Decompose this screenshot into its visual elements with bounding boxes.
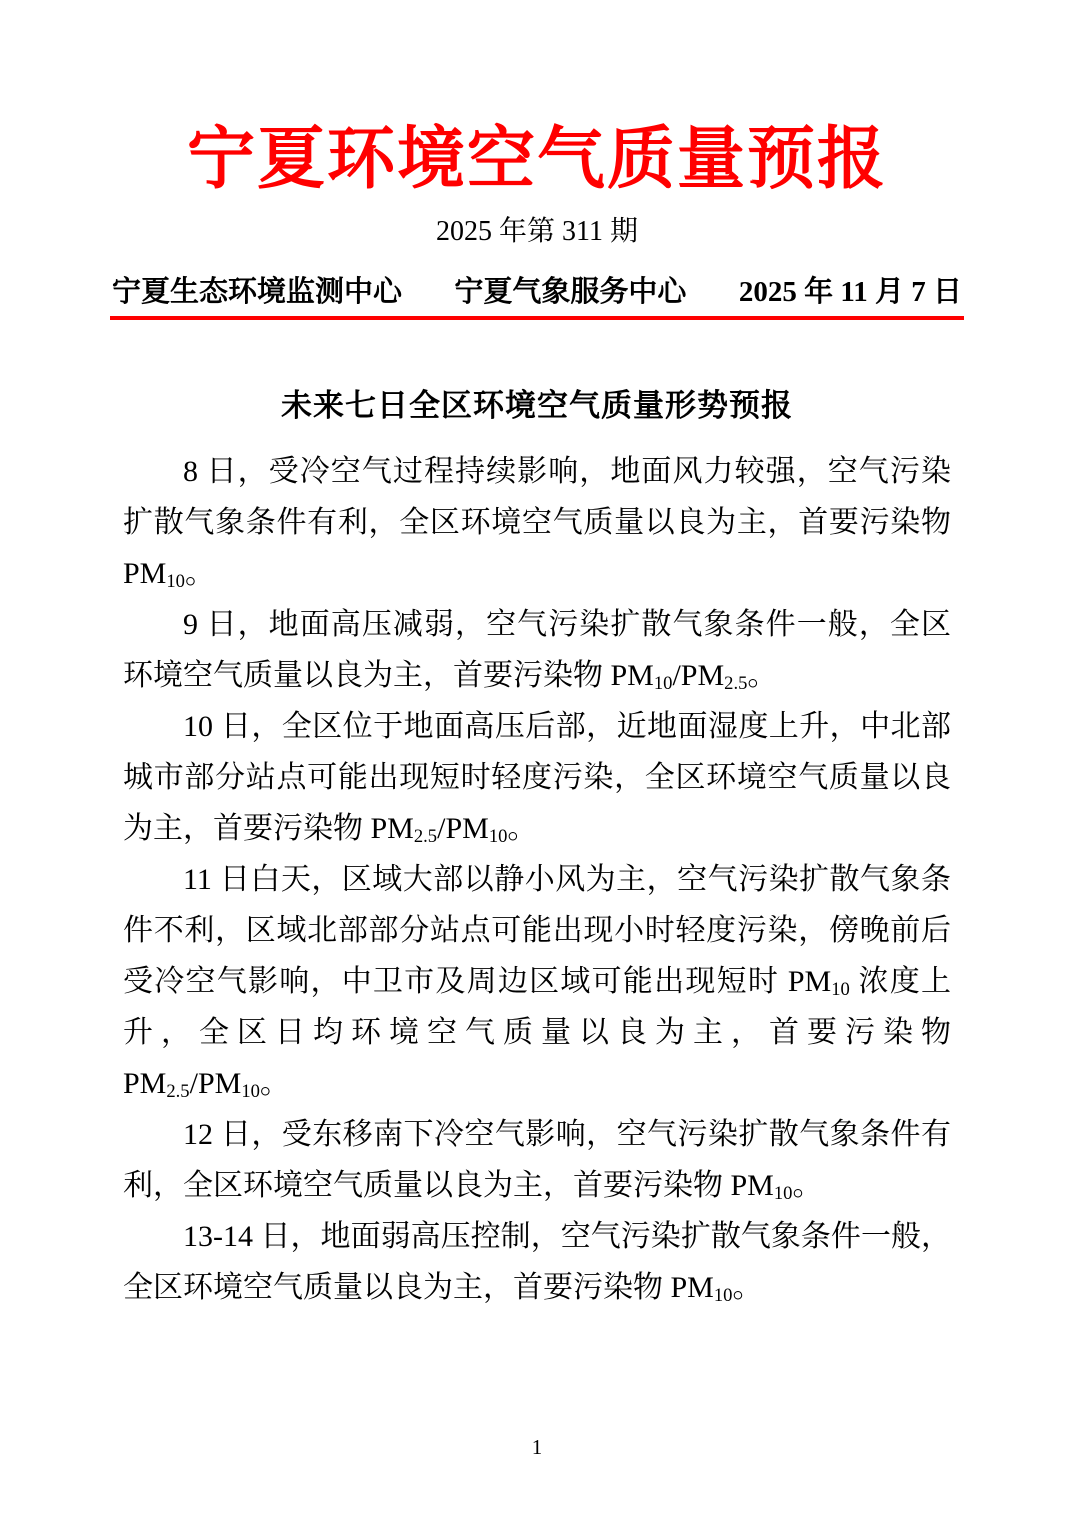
paragraph-text: 11 日白天，区域大部以静小风为主，空气污染扩散气象条件不利，区域北部部分站点可… xyxy=(123,863,951,998)
document-page: 宁夏环境空气质量预报 2025 年第 311 期 宁夏生态环境监测中心 宁夏气象… xyxy=(0,0,1074,1520)
forecast-paragraph: 12 日，受东移南下冷空气影响，空气污染扩散气象条件有利，全区环境空气质量以良为… xyxy=(123,1109,951,1211)
publication-date: 2025 年 11 月 7 日 xyxy=(739,272,962,312)
pollutant-subscript: 10 xyxy=(714,1285,733,1306)
paragraph-text: 8 日，受冷空气过程持续影响，地面风力较强，空气污染扩散气象条件有利，全区环境空… xyxy=(123,455,951,590)
paragraph-text: 。 xyxy=(507,812,537,845)
paragraph-text: 。 xyxy=(792,1169,822,1202)
paragraph-text: 。 xyxy=(185,557,215,590)
document-title: 宁夏环境空气质量预报 xyxy=(0,0,1074,200)
pollutant-subscript: 2.5 xyxy=(166,1081,189,1102)
pollutant-subscript: 10 xyxy=(654,673,673,694)
paragraph-text: 13-14 日，地面弱高压控制，空气污染扩散气象条件一般，全区环境空气质量以良为… xyxy=(123,1220,951,1304)
paragraph-text: 。 xyxy=(732,1271,762,1304)
pollutant-subscript: 10 xyxy=(489,826,508,847)
paragraph-text: /PM xyxy=(437,812,489,845)
forecast-paragraph: 9 日，地面高压减弱，空气污染扩散气象条件一般，全区环境空气质量以良为主，首要污… xyxy=(123,599,951,701)
masthead-row: 宁夏生态环境监测中心 宁夏气象服务中心 2025 年 11 月 7 日 xyxy=(110,272,964,312)
section-title: 未来七日全区环境空气质量形势预报 xyxy=(0,384,1074,428)
forecast-paragraph: 13-14 日，地面弱高压控制，空气污染扩散气象条件一般，全区环境空气质量以良为… xyxy=(123,1211,951,1313)
forecast-paragraph: 8 日，受冷空气过程持续影响，地面风力较强，空气污染扩散气象条件有利，全区环境空… xyxy=(123,446,951,599)
paragraph-text: 9 日，地面高压减弱，空气污染扩散气象条件一般，全区环境空气质量以良为主，首要污… xyxy=(123,608,951,692)
paragraph-text: 12 日，受东移南下冷空气影响，空气污染扩散气象条件有利，全区环境空气质量以良为… xyxy=(123,1118,951,1202)
pollutant-subscript: 10 xyxy=(241,1081,260,1102)
paragraph-text: /PM xyxy=(672,659,724,692)
forecast-paragraph: 10 日，全区位于地面高压后部，近地面湿度上升，中北部城市部分站点可能出现短时轻… xyxy=(123,701,951,854)
agency-name-left: 宁夏生态环境监测中心 xyxy=(112,272,402,312)
forecast-body: 8 日，受冷空气过程持续影响，地面风力较强，空气污染扩散气象条件有利，全区环境空… xyxy=(123,446,951,1313)
paragraph-text: 。 xyxy=(747,659,777,692)
pollutant-subscript: 2.5 xyxy=(724,673,747,694)
pollutant-subscript: 10 xyxy=(166,571,185,592)
pollutant-subscript: 2.5 xyxy=(414,826,437,847)
red-divider-rule xyxy=(110,316,964,320)
issue-number: 2025 年第 311 期 xyxy=(0,212,1074,252)
agency-name-center: 宁夏气象服务中心 xyxy=(454,272,686,312)
page-number: 1 xyxy=(0,1436,1074,1458)
forecast-paragraph: 11 日白天，区域大部以静小风为主，空气污染扩散气象条件不利，区域北部部分站点可… xyxy=(123,854,951,1109)
paragraph-text: 。 xyxy=(260,1067,290,1100)
pollutant-subscript: 10 xyxy=(831,979,850,1000)
paragraph-text: /PM xyxy=(190,1067,242,1100)
pollutant-subscript: 10 xyxy=(774,1183,793,1204)
